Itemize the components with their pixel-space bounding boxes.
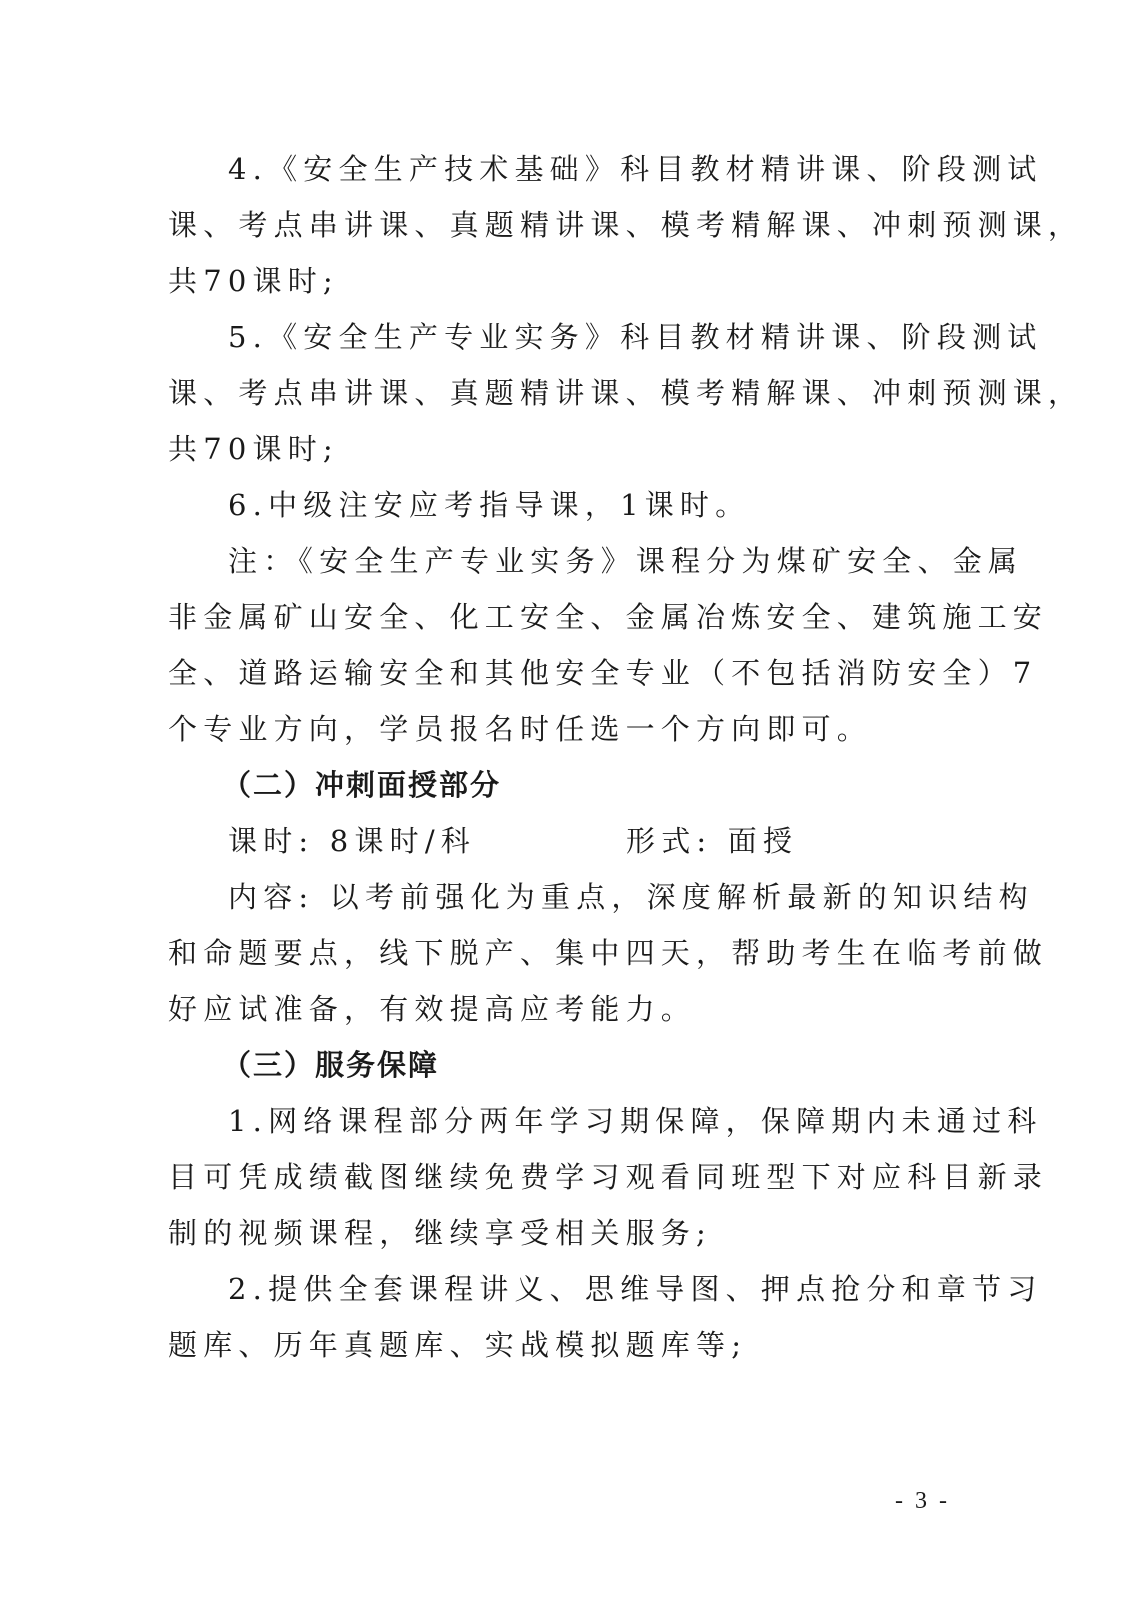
note-line-3: 全、道路运输安全和其他安全专业（不包括消防安全）7 [168, 653, 948, 693]
sprint-hours: 课时: 8课时/科 [228, 824, 476, 858]
document-page: 4.《安全生产技术基础》科目教材精讲课、阶段测试 课、考点串讲课、真题精讲课、模… [0, 0, 1131, 1600]
service-item-1-line-2: 目可凭成绩截图继续免费学习观看同班型下对应科目新录 [168, 1157, 948, 1197]
item-5-line-3: 共70课时; [168, 429, 948, 469]
service-item-2-line-1: 2.提供全套课程讲义、思维导图、押点抢分和章节习 [228, 1269, 1008, 1309]
item-4-line-1: 4.《安全生产技术基础》科目教材精讲课、阶段测试 [228, 149, 1008, 189]
item-6-line-1: 6.中级注安应考指导课，1课时。 [228, 485, 1008, 525]
sprint-content-line-3: 好应试准备，有效提高应考能力。 [168, 989, 948, 1029]
sprint-content-line-1: 内容: 以考前强化为重点，深度解析最新的知识结构 [228, 877, 1008, 917]
service-item-1-line-3: 制的视频课程，继续享受相关服务; [168, 1213, 948, 1253]
page-number: - 3 - [895, 1488, 950, 1515]
note-line-2: 非金属矿山安全、化工安全、金属冶炼安全、建筑施工安 [168, 597, 948, 637]
item-4-line-3: 共70课时; [168, 261, 948, 301]
note-line-1: 注：《安全生产专业实务》课程分为煤矿安全、金属 [228, 541, 1008, 581]
item-5-line-1: 5.《安全生产专业实务》科目教材精讲课、阶段测试 [228, 317, 1008, 357]
section-heading-sprint: （二）冲刺面授部分 [222, 765, 1002, 805]
service-item-1-line-1: 1.网络课程部分两年学习期保障，保障期内未通过科 [228, 1101, 1008, 1141]
sprint-info-line: 课时: 8课时/科形式: 面授 [228, 821, 1008, 861]
sprint-content-line-2: 和命题要点，线下脱产、集中四天，帮助考生在临考前做 [168, 933, 948, 973]
item-4-line-2: 课、考点串讲课、真题精讲课、模考精解课、冲刺预测课， [168, 205, 948, 245]
note-line-4: 个专业方向，学员报名时任选一个方向即可。 [168, 709, 948, 749]
service-item-2-line-2: 题库、历年真题库、实战模拟题库等; [168, 1325, 948, 1365]
section-heading-service: （三）服务保障 [222, 1045, 1002, 1085]
sprint-form: 形式: 面授 [626, 824, 798, 858]
item-5-line-2: 课、考点串讲课、真题精讲课、模考精解课、冲刺预测课， [168, 373, 948, 413]
